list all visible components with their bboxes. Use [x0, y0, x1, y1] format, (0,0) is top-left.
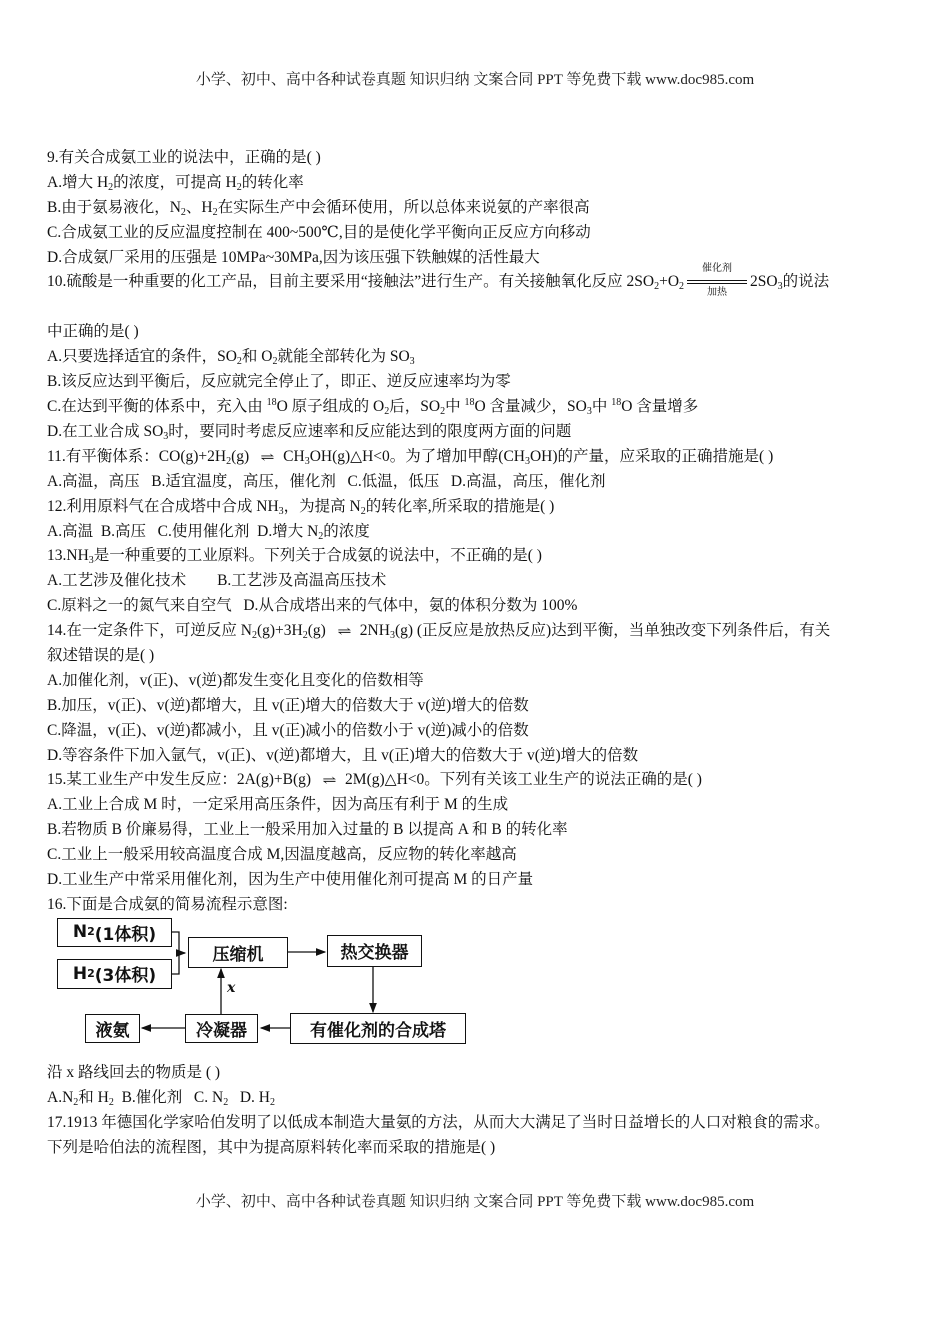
q11-options: A.高温，高压 B.适宜温度，高压，催化剂 C.低温，低压 D.高温，高压，催化…	[47, 470, 917, 495]
q10-option-c: C.在达到平衡的体系中，充入由 18O 原子组成的 O2后，SO2中 18O 含…	[47, 395, 917, 420]
q13-options-cd: C.原料之一的氮气来自空气 D.从合成塔出来的气体中，氨的体积分数为 100%	[47, 594, 917, 619]
q10-stem: 10.硫酸是一种重要的化工产品，目前主要采用“接触法”进行生产。有关接触氧化反应…	[47, 270, 917, 320]
q14-stem: 14.在一定条件下，可逆反应 N2(g)+3H2(g)⇌2NH3(g) (正反应…	[47, 619, 917, 644]
page-header: 小学、初中、高中各种试卷真题 知识归纳 文案合同 PPT 等免费下载 www.d…	[0, 68, 950, 89]
catalytic-equilibrium-arrow: 催化剂加热	[685, 275, 749, 291]
q9-option-a: A.增大 H2的浓度，可提高 H2的转化率	[47, 171, 917, 196]
q14-stem-line2: 叙述错误的是( )	[47, 644, 917, 669]
equilibrium-arrow-icon: ⇌	[327, 619, 358, 644]
q15-option-a: A.工业上合成 M 时，一定采用高压条件，因为高压有利于 M 的生成	[47, 793, 917, 818]
equilibrium-arrow-icon: ⇌	[251, 445, 282, 470]
heat-exchanger-box: 热交换器	[327, 935, 422, 967]
q9-stem: 9.有关合成氨工业的说法中，正确的是( )	[47, 146, 917, 171]
x-route-label: x	[227, 980, 235, 996]
q15-option-c: C.工业上一般采用较高温度合成 M,因温度越高，反应物的转化率越高	[47, 843, 917, 868]
question-content: 9.有关合成氨工业的说法中，正确的是( ) A.增大 H2的浓度，可提高 H2的…	[47, 146, 917, 1160]
q15-option-b: B.若物质 B 价廉易得，工业上一般采用加入过量的 B 以提高 A 和 B 的转…	[47, 818, 917, 843]
page-footer: 小学、初中、高中各种试卷真题 知识归纳 文案合同 PPT 等免费下载 www.d…	[0, 1190, 950, 1211]
q9-option-b: B.由于氨易液化，N2、H2在实际生产中会循环使用，所以总体来说氨的产率很高	[47, 196, 917, 221]
q9-option-c: C.合成氨工业的反应温度控制在 400~500℃,目的是使化学平衡向正反应方向移…	[47, 221, 917, 246]
q17-stem-line2: 下列是哈伯法的流程图，其中为提高原料转化率而采取的措施是( )	[47, 1136, 917, 1161]
q15-option-d: D.工业生产中常采用催化剂，因为生产中使用催化剂可提高 M 的日产量	[47, 868, 917, 893]
q13-options-ab: A.工艺涉及催化技术 B.工艺涉及高温高压技术	[47, 569, 917, 594]
q10-option-d: D.在工业合成 SO3时，要同时考虑反应速率和反应能达到的限度两方面的问题	[47, 420, 917, 445]
condenser-box: 冷凝器	[185, 1014, 258, 1043]
q15-stem: 15.某工业生产中发生反应：2A(g)+B(g)⇌2M(g)△H<0。下列有关该…	[47, 768, 917, 793]
synthesis-tower-box: 有催化剂的合成塔	[290, 1013, 466, 1044]
q16-question: 沿 x 路线回去的物质是 ( )	[47, 1061, 917, 1086]
equilibrium-arrow-icon: ⇌	[313, 768, 344, 793]
q14-option-a: A.加催化剂，v(正)、v(逆)都发生变化且变化的倍数相等	[47, 669, 917, 694]
q17-stem-line1: 17.1913 年德国化学家哈伯发明了以低成本制造大量氨的方法，从而大大满足了当…	[47, 1111, 917, 1136]
q11-stem: 11.有平衡体系：CO(g)+2H2(g)⇌CH3OH(g)△H<0。为了增加甲…	[47, 445, 917, 470]
q9-option-d: D.合成氨厂采用的压强是 10MPa~30MPa,因为该压强下铁触媒的活性最大	[47, 246, 917, 271]
ammonia-synthesis-flowchart: N2(1体积) H2(3体积) 压缩机 热交换器 有催化剂的合成塔 冷凝器 液氨…	[47, 918, 477, 1053]
h2-feed-box: H2(3体积)	[57, 959, 172, 989]
q12-stem: 12.利用原料气在合成塔中合成 NH3，为提高 N2的转化率,所采取的措施是( …	[47, 495, 917, 520]
q13-stem: 13.NH3是一种重要的工业原料。下列关于合成氨的说法中，不正确的是( )	[47, 544, 917, 569]
q14-option-c: C.降温，v(正)、v(逆)都减小，且 v(正)减小的倍数小于 v(逆)减小的倍…	[47, 719, 917, 744]
q12-options: A.高温 B.高压 C.使用催化剂 D.增大 N2的浓度	[47, 520, 917, 545]
n2-feed-box: N2(1体积)	[57, 918, 172, 947]
q10-option-b: B.该反应达到平衡后，反应就完全停止了，即正、逆反应速率均为零	[47, 370, 917, 395]
q10-stem-line2: 中正确的是( )	[47, 320, 917, 345]
q16-options: A.N2和 H2 B.催化剂 C. N2 D. H2	[47, 1086, 917, 1111]
q16-stem: 16.下面是合成氨的简易流程示意图:	[47, 893, 917, 918]
compressor-box: 压缩机	[188, 937, 288, 968]
q10-option-a: A.只要选择适宜的条件，SO2和 O2就能全部转化为 SO3	[47, 345, 917, 370]
q14-option-b: B.加压，v(正)、v(逆)都增大，且 v(正)增大的倍数大于 v(逆)增大的倍…	[47, 694, 917, 719]
q14-option-d: D.等容条件下加入氩气，v(正)、v(逆)都增大，且 v(正)增大的倍数大于 v…	[47, 744, 917, 769]
liquid-ammonia-box: 液氨	[85, 1014, 140, 1043]
